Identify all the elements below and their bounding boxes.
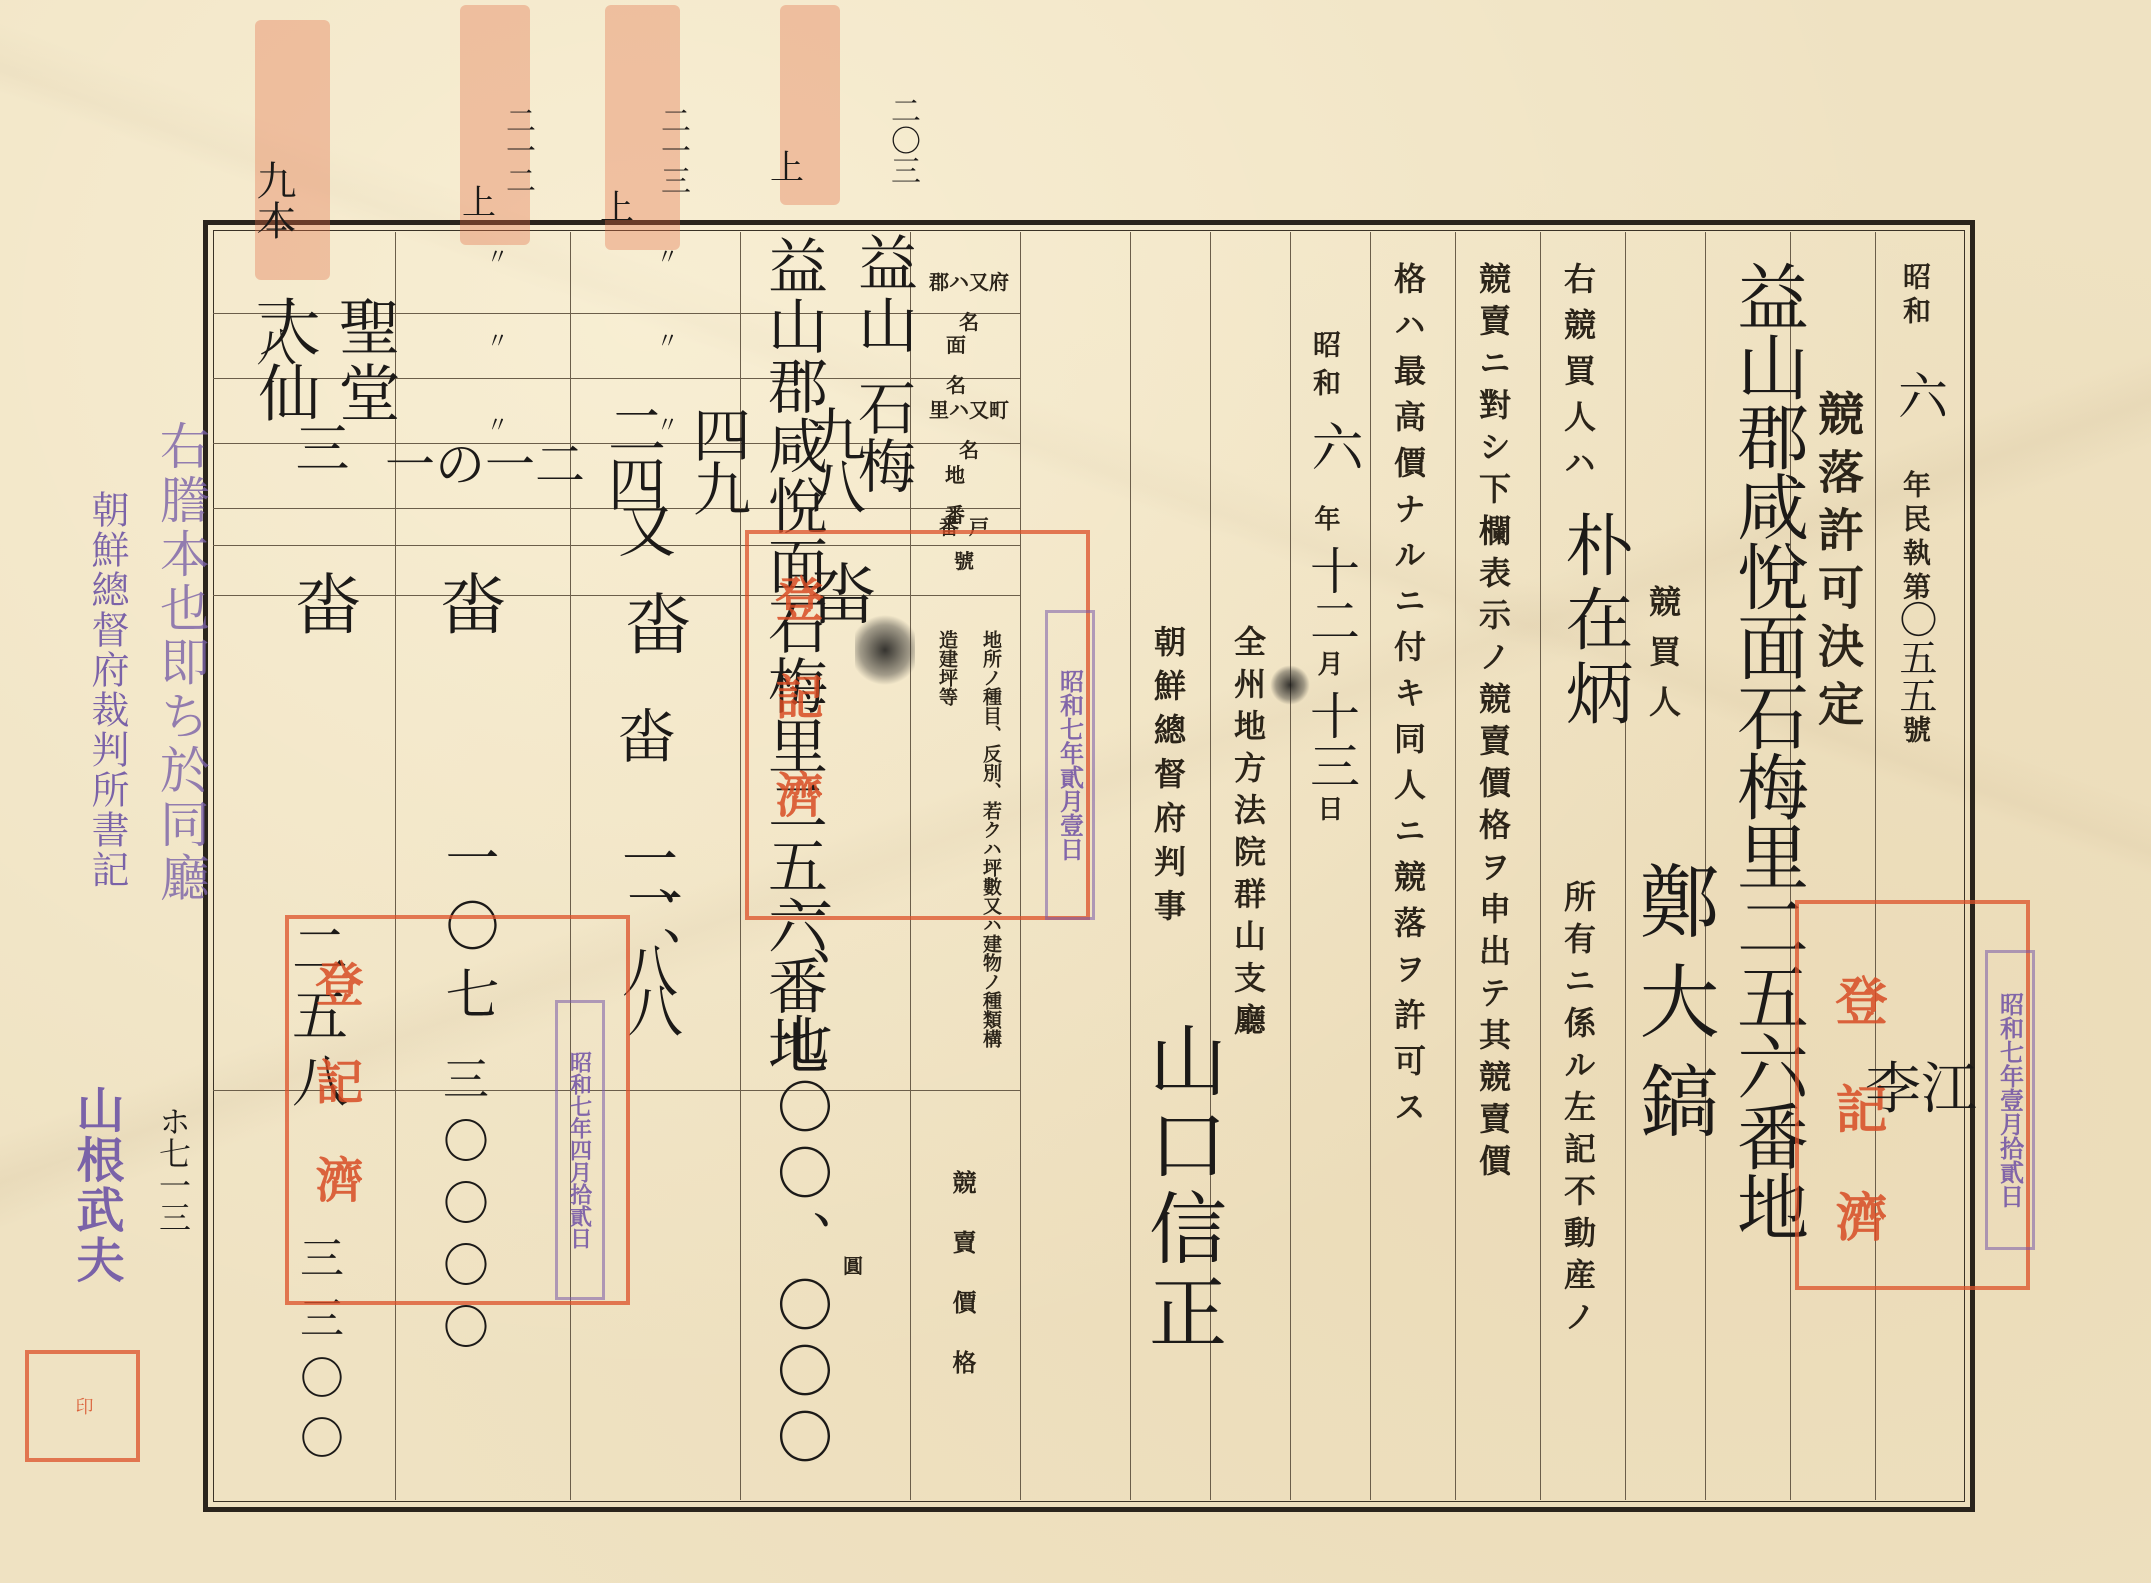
top-note-number-2: 二一三: [650, 105, 694, 195]
judge-name-handwritten: 山口信正: [1125, 1020, 1237, 1356]
ink-blot: [1270, 665, 1310, 705]
column-rule: [1540, 232, 1541, 1500]
top-note-number-1: 二〇三: [880, 95, 924, 185]
table-header-price: 競賣價格: [945, 1170, 980, 1410]
row-1-price: 一、七〇〇、〇〇〇: [760, 880, 840, 1474]
case-number-handwritten: 〇五五: [1888, 600, 1943, 714]
body-line-1a: 右競買人ハ: [1555, 262, 1601, 492]
date-day-handwritten: 十三: [1295, 690, 1367, 790]
row-2-kind: 又 畓: [600, 500, 684, 804]
clerk-seal-stamp: 印: [25, 1350, 140, 1462]
body-line-3: 格ハ最高價ナルニ付キ同人ニ競落ヲ許可ス: [1385, 262, 1431, 1136]
court-name: 全州地方法院群山支廳: [1225, 625, 1271, 1045]
column-rule: [1290, 232, 1291, 1500]
column-rule: [1455, 232, 1456, 1500]
purple-date-stamp-2: 昭和七年壹月拾貳日: [1985, 950, 2035, 1250]
column-rule: [1370, 232, 1371, 1500]
left-margin-clerk-title: 朝鮮總督府裁判所書記: [80, 490, 135, 890]
owner-name-handwritten: 朴在炳: [1545, 510, 1642, 732]
date-year-handwritten: 六: [1295, 420, 1370, 472]
top-left-note: 九本 一八: [245, 160, 302, 366]
row-4-lot: 三: [280, 420, 357, 474]
row-2-lot: 二四: [590, 400, 674, 508]
body-line-1b: 所有ニ係ル左記不動産ノ: [1555, 880, 1601, 1342]
case-suffix: 號: [1895, 715, 1935, 743]
left-margin-clerk-name: 山根武夫: [62, 1085, 131, 1285]
judge-title: 朝鮮總督府判事: [1145, 625, 1191, 933]
date-month-label: 月: [1310, 650, 1347, 676]
row-4-county: 聖堂: [320, 295, 409, 427]
top-mark-3: 上: [462, 175, 496, 224]
price-unit: 圓: [843, 1250, 863, 1279]
buyer-name-handwritten: 鄭大鎬: [1615, 860, 1730, 1160]
body-line-2: 競賣ニ對シ下欄表示ノ競賣價格ヲ申出テ其競賣價: [1470, 262, 1516, 1186]
left-margin-certification: 右謄本也即ち於同廳: [145, 420, 217, 906]
row-3-kind: 畓: [420, 570, 515, 636]
column-rule: [1875, 232, 1876, 1500]
registry-stamp-1: 登記濟: [745, 530, 1090, 920]
case-mid: 年民執第: [1895, 470, 1935, 606]
date-era: 昭和: [1305, 330, 1345, 406]
top-note-number-3: 二一二: [495, 105, 539, 195]
case-year-handwritten: 六: [1883, 370, 1955, 420]
top-mark-1: 上: [770, 140, 804, 189]
table-column-rule: [570, 232, 571, 1500]
date-day-label: 日: [1310, 795, 1347, 821]
buyer-label: 競買人: [1640, 585, 1686, 735]
left-margin-number: ホ七一三: [150, 1105, 196, 1233]
row-4-kind: 畓: [275, 570, 370, 636]
row-1-lot: 四九: [675, 405, 759, 513]
right-signature-handwritten: 李江: [1865, 1045, 1977, 1125]
top-mark-2: 上: [600, 180, 634, 229]
purple-date-stamp-1: 昭和七年貳月壹日: [1045, 610, 1095, 920]
date-year-label: 年: [1307, 505, 1344, 531]
purple-date-stamp-3: 昭和七年四月拾貳日: [555, 1000, 605, 1300]
date-month-handwritten: 十二: [1295, 545, 1367, 645]
row-0-county: 益山: [840, 232, 926, 356]
row-3-lot: 一の一二: [385, 425, 585, 497]
case-era: 昭和: [1895, 262, 1935, 330]
ink-blot: [855, 610, 915, 690]
